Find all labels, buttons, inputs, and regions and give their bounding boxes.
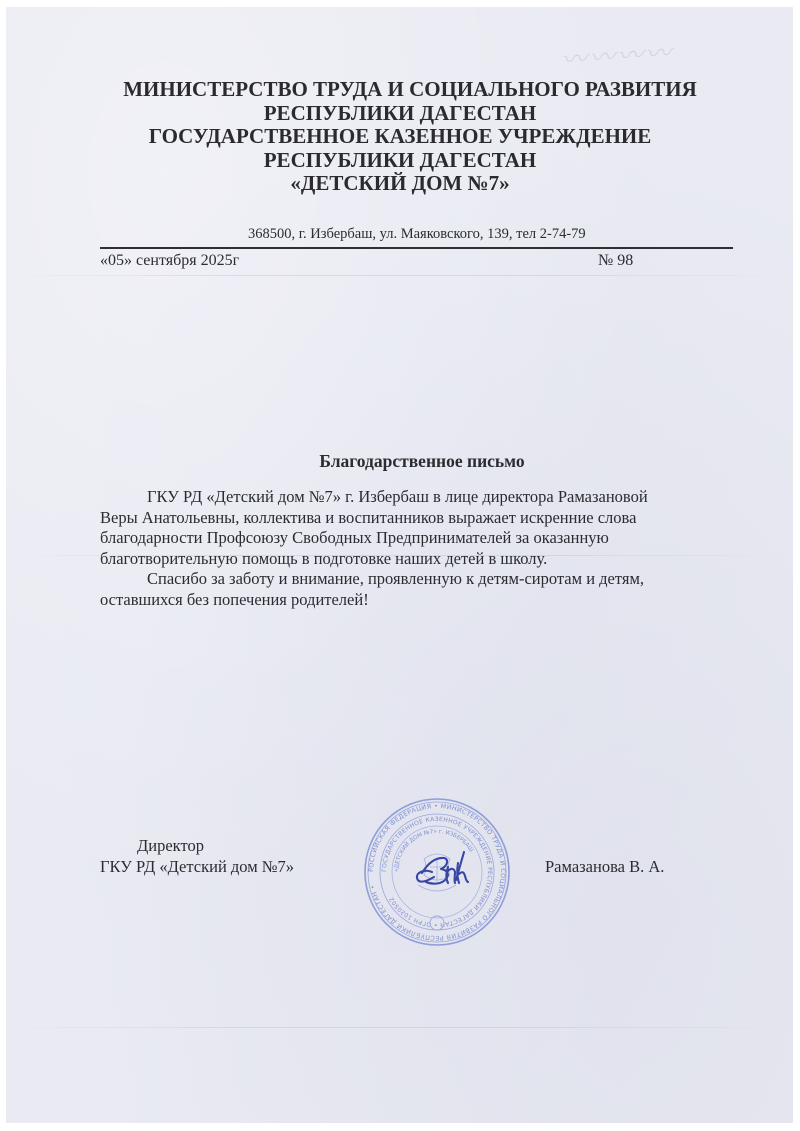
letterhead-line: ГОСУДАРСТВЕННОЕ КАЗЕННОЕ УЧРЕЖДЕНИЕ <box>0 125 800 149</box>
letterhead-address: 368500, г. Избербаш, ул. Маяковского, 13… <box>248 226 586 243</box>
letter-body: ГКУ РД «Детский дом №7» г. Избербаш в ли… <box>100 487 740 610</box>
paper-fold-line <box>6 1027 793 1028</box>
letter-number: № 98 <box>598 252 633 270</box>
letterhead-divider <box>100 247 733 249</box>
body-line: ГКУ РД «Детский дом №7» г. Избербаш в ли… <box>100 487 740 508</box>
letterhead-line: РЕСПУБЛИКИ ДАГЕСТАН <box>0 149 800 173</box>
body-line: оставшихся без попечения родителей! <box>100 590 740 611</box>
body-line: благодарности Профсоюзу Свободных Предпр… <box>100 528 740 549</box>
paper-fold-line <box>6 275 793 276</box>
signatory-name: Рамазанова В. А. <box>545 857 664 877</box>
body-line: Спасибо за заботу и внимание, проявленну… <box>100 569 740 590</box>
official-stamp-icon: РОССИЙСКАЯ ФЕДЕРАЦИЯ • МИНИСТЕРСТВО ТРУД… <box>362 797 512 947</box>
svg-text:«ДЕТСКИЙ ДОМ №7» г. ИЗБЕРБАШ: «ДЕТСКИЙ ДОМ №7» г. ИЗБЕРБАШ <box>394 829 474 872</box>
letterhead-line: МИНИСТЕРСТВО ТРУДА И СОЦИАЛЬНОГО РАЗВИТИ… <box>0 78 800 102</box>
signatory-position: Директор <box>137 836 204 856</box>
letter-date: «05» сентября 2025г <box>100 252 239 270</box>
body-line: благотворительную помощь в подготовке на… <box>100 549 740 570</box>
letterhead: МИНИСТЕРСТВО ТРУДА И СОЦИАЛЬНОГО РАЗВИТИ… <box>0 78 800 196</box>
faint-handwriting-mark: 〰〰〰〰 <box>560 24 792 80</box>
signatory-organization: ГКУ РД «Детский дом №7» <box>100 857 294 877</box>
body-line: Веры Анатольевны, коллектива и воспитанн… <box>100 508 740 529</box>
letterhead-line: «ДЕТСКИЙ ДОМ №7» <box>0 172 800 196</box>
letter-title: Благодарственное письмо <box>0 451 800 472</box>
letterhead-line: РЕСПУБЛИКИ ДАГЕСТАН <box>0 102 800 126</box>
